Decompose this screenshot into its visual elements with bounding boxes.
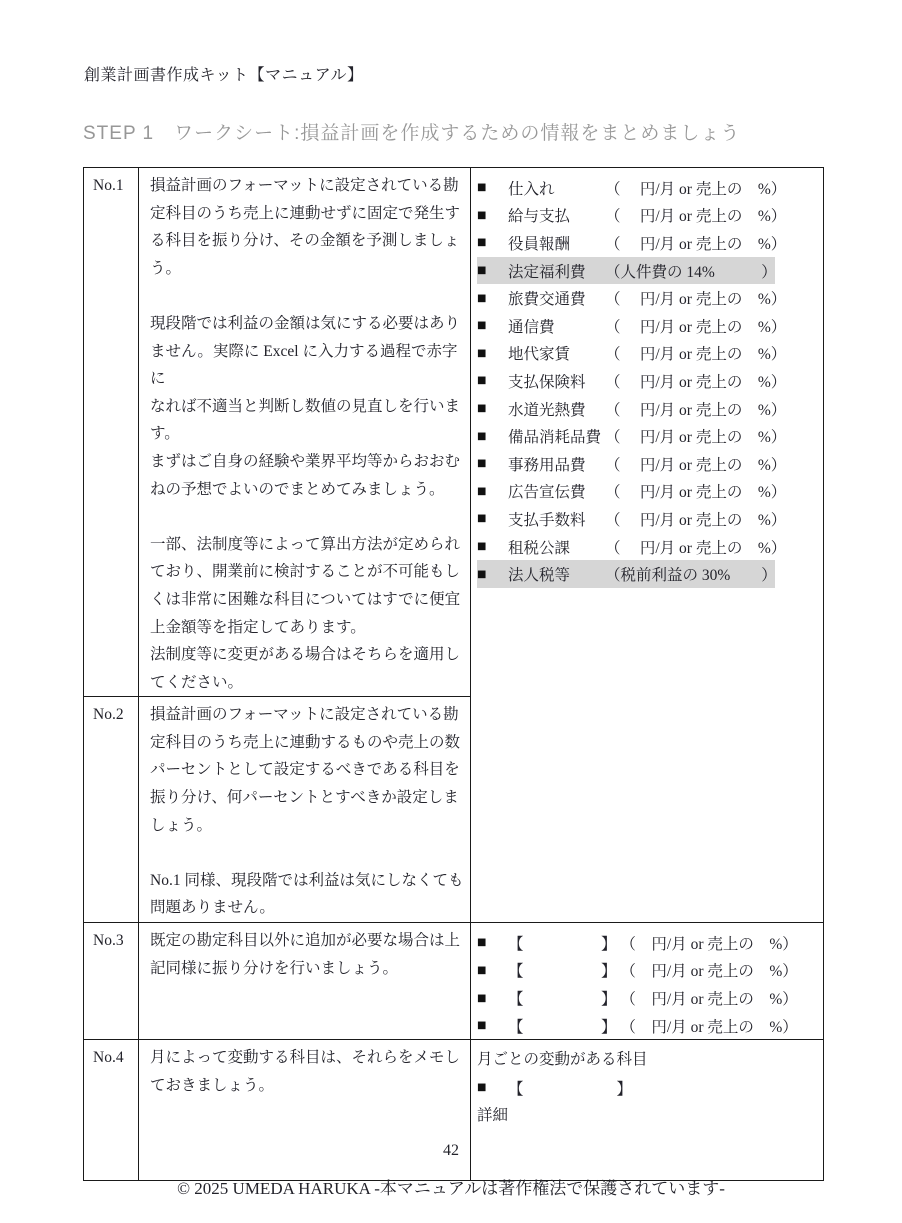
bullet-square-icon: ■ <box>477 1082 508 1093</box>
document-header: 創業計画書作成キット【マニュアル】 <box>84 62 364 85</box>
detail-label: 詳細 <box>477 1102 817 1130</box>
checklist-item: ■支払手数料（ 円/月 or 売上の %） <box>477 505 817 533</box>
row-number-no1: No.1 <box>84 168 139 697</box>
checklist-item: ■広告宣伝費（ 円/月 or 売上の %） <box>477 478 817 506</box>
blank-account-item: ■【 】 （ 円/月 or 売上の %） <box>477 1012 817 1040</box>
bullet-square-icon: ■ <box>477 320 508 331</box>
bullet-square-icon: ■ <box>477 458 508 469</box>
checklist-item: ■給与支払（ 円/月 or 売上の %） <box>477 202 817 230</box>
row-text-no1: 損益計画のフォーマットに設定されている勘 定科目のうち売上に連動せずに固定で発生… <box>139 168 471 697</box>
blank-account-item: ■【 】 （ 円/月 or 売上の %） <box>477 957 817 985</box>
bullet-square-icon: ■ <box>477 486 508 497</box>
bullet-square-icon: ■ <box>477 569 508 580</box>
bullet-square-icon: ■ <box>477 937 508 948</box>
worksheet-table: No.1 損益計画のフォーマットに設定されている勘 定科目のうち売上に連動せずに… <box>83 167 824 1181</box>
bullet-square-icon: ■ <box>477 182 508 193</box>
checklist-item: ■事務用品費（ 円/月 or 売上の %） <box>477 450 817 478</box>
bullet-square-icon: ■ <box>477 237 508 248</box>
checklist-item: ■支払保険料（ 円/月 or 売上の %） <box>477 367 817 395</box>
checklist-item: ■旅費交通費（ 円/月 or 売上の %） <box>477 284 817 312</box>
bullet-square-icon: ■ <box>477 431 508 442</box>
bullet-square-icon: ■ <box>477 1020 508 1031</box>
copyright-footer: © 2025 UMEDA HARUKA -本マニュアルは著作権法で保護されていま… <box>0 1174 902 1199</box>
bullet-square-icon: ■ <box>477 265 508 276</box>
table-row-no1: No.1 損益計画のフォーマットに設定されている勘 定科目のうち売上に連動せずに… <box>84 168 824 697</box>
bullet-square-icon: ■ <box>477 965 508 976</box>
checklist-item: ■地代家賃（ 円/月 or 売上の %） <box>477 340 817 368</box>
page-number: 42 <box>0 1142 902 1160</box>
checklist-item: ■水道光熱費（ 円/月 or 売上の %） <box>477 395 817 423</box>
row-number-no2: No.2 <box>84 697 139 923</box>
checklist-item-highlighted: ■法定福利費（人件費の 14% ） <box>477 257 775 285</box>
row-number-no3: No.3 <box>84 923 139 1040</box>
table-row-no3: No.3 既定の勘定科目以外に追加が必要な場合は上 記同様に振り分けを行いましょ… <box>84 923 824 1040</box>
checklist-item: ■通信費（ 円/月 or 売上の %） <box>477 312 817 340</box>
blank-account-item: ■【 】 （ 円/月 or 売上の %） <box>477 929 817 957</box>
row-text-no3: 既定の勘定科目以外に追加が必要な場合は上 記同様に振り分けを行いましょう。 <box>139 923 471 1040</box>
blank-variation-item: ■【 】 <box>477 1074 817 1102</box>
monthly-variation-heading: 月ごとの変動がある科目 <box>477 1046 817 1074</box>
blank-account-item: ■【 】 （ 円/月 or 売上の %） <box>477 984 817 1012</box>
checklist-item: ■租税公課（ 円/月 or 売上の %） <box>477 533 817 561</box>
page-title: STEP 1 ワークシート:損益計画を作成するための情報をまとめましょう <box>83 118 740 145</box>
checklist-item: ■役員報酬（ 円/月 or 売上の %） <box>477 229 817 257</box>
bullet-square-icon: ■ <box>477 348 508 359</box>
bullet-square-icon: ■ <box>477 403 508 414</box>
document-page: { "page": { "header": "創業計画書作成キット【マニュアル】… <box>0 0 902 1223</box>
checklist-item: ■仕入れ（ 円/月 or 売上の %） <box>477 174 817 202</box>
checklist-item: ■備品消耗品費（ 円/月 or 売上の %） <box>477 422 817 450</box>
bullet-square-icon: ■ <box>477 513 508 524</box>
row-text-no2: 損益計画のフォーマットに設定されている勘 定科目のうち売上に連動するものや売上の… <box>139 697 471 923</box>
bullet-square-icon: ■ <box>477 293 508 304</box>
additional-accounts-cell: ■【 】 （ 円/月 or 売上の %） ■【 】 （ 円/月 or 売上の %… <box>471 923 824 1040</box>
checklist-item-highlighted: ■法人税等（税前利益の 30% ） <box>477 560 775 588</box>
bullet-square-icon: ■ <box>477 541 508 552</box>
bullet-square-icon: ■ <box>477 210 508 221</box>
bullet-square-icon: ■ <box>477 993 508 1004</box>
bullet-square-icon: ■ <box>477 375 508 386</box>
account-checklist-cell: ■仕入れ（ 円/月 or 売上の %） ■給与支払（ 円/月 or 売上の %）… <box>471 168 824 923</box>
